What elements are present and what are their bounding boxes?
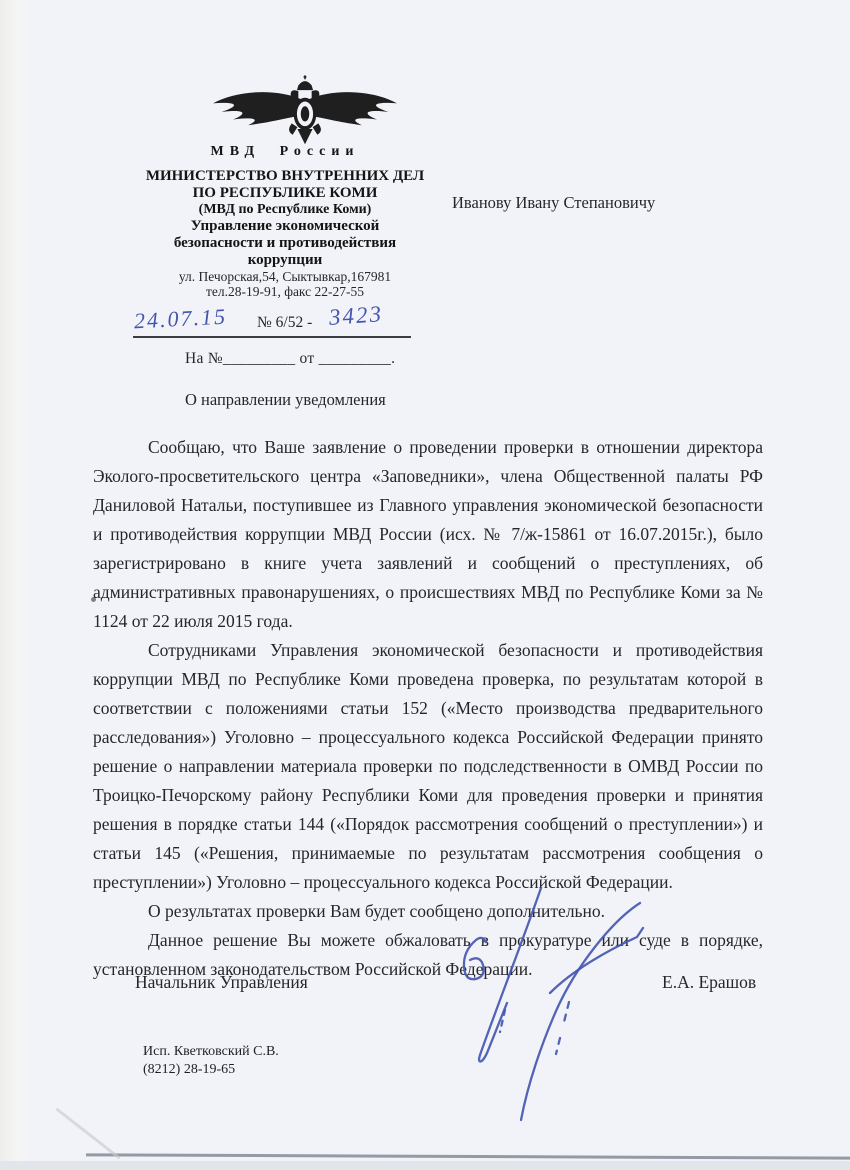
letterhead-line: безопасности и противодействия xyxy=(85,235,485,252)
org-top-caption: МВД России xyxy=(135,144,435,160)
reference-underline xyxy=(133,336,411,338)
letterhead-block: МИНИСТЕРСТВО ВНУТРЕННИХ ДЕЛ ПО РЕСПУБЛИК… xyxy=(85,168,485,299)
addressee-name: Иванову Ивану Степановичу xyxy=(452,193,655,213)
letterhead-address: ул. Печорская,54, Сыктывкар,167981 xyxy=(85,269,485,284)
signer-position: Начальник Управления xyxy=(135,972,308,993)
letterhead-line: коррупции xyxy=(85,252,485,269)
signer-name: Е.А. Ерашов xyxy=(662,972,756,993)
mvd-eagle-emblem-icon xyxy=(210,74,400,148)
letter-subject: О направлении уведомления xyxy=(185,390,386,410)
executor-name: Исп. Кветковский С.В. xyxy=(143,1043,279,1061)
reply-reference-line: На №_________ от _________. xyxy=(185,350,395,368)
letterhead-line: ПО РЕСПУБЛИКЕ КОМИ xyxy=(85,185,485,202)
paper-bottom-edge xyxy=(86,1153,850,1159)
handwritten-signature xyxy=(420,852,660,1137)
body-paragraph-1: Сообщаю, что Ваше заявление о проведении… xyxy=(93,433,763,636)
letterhead-line: (МВД по Республике Коми) xyxy=(85,202,485,218)
letterhead-line: МИНИСТЕРСТВО ВНУТРЕННИХ ДЕЛ xyxy=(85,168,485,185)
handwritten-date: 24.07.15 xyxy=(133,304,227,335)
outgoing-number-printed: № 6/52 - xyxy=(257,314,312,332)
scan-bottom-strip xyxy=(0,1161,850,1170)
letterhead-line: Управление экономической xyxy=(85,218,485,235)
scan-left-edge xyxy=(0,0,30,1170)
executor-block: Исп. Кветковский С.В. (8212) 28-19-65 xyxy=(143,1043,279,1079)
letterhead-phone: тел.28-19-91, факс 22-27-55 xyxy=(85,284,485,299)
executor-phone: (8212) 28-19-65 xyxy=(143,1061,279,1079)
handwritten-number: 3423 xyxy=(328,301,384,331)
paper-corner-fold xyxy=(56,1108,121,1160)
scanned-letter-page: МВД России МИНИСТЕРСТВО ВНУТРЕННИХ ДЕЛ П… xyxy=(0,0,850,1170)
